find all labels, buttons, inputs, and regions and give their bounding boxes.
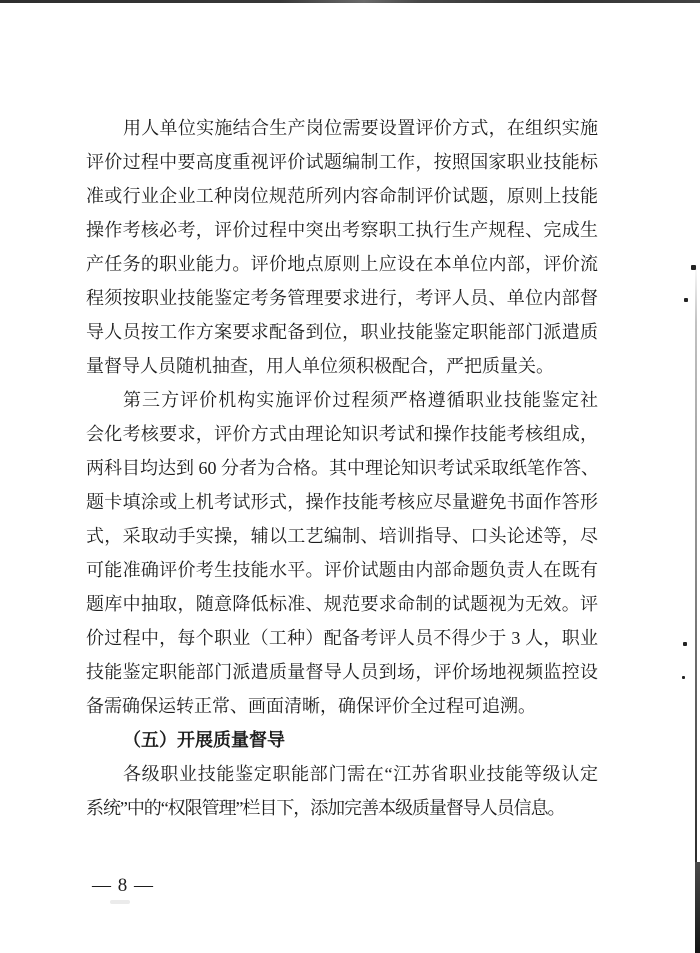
scan-artifact-speck — [682, 676, 685, 679]
text-line: 题卡填涂或上机考试形式，操作技能考核应尽量避免书面作答形 — [86, 485, 598, 519]
text-line: 两科目均达到 60 分者为合格。其中理论知识考试采取纸笔作答、 — [86, 451, 598, 485]
text-line: 程须按职业技能鉴定考务管理要求进行，考评人员、单位内部督 — [86, 281, 598, 315]
text-line: 准或行业企业工种岗位规范所列内容命制评价试题，原则上技能 — [86, 179, 598, 213]
text-line: 备需确保运转正常、画面清晰，确保评价全过程可追溯。 — [86, 689, 598, 723]
text-line: 量督导人员随机抽查，用人单位须积极配合，严把质量关。 — [86, 349, 598, 383]
text-line: 操作考核必考，评价过程中突出考察职工执行生产规程、完成生 — [86, 213, 598, 247]
text-line: 可能准确评价考生技能水平。评价试题由内部命题负责人在既有 — [86, 553, 598, 587]
text-line: 价过程中，每个职业（工种）配备考评人员不得少于 3 人，职业 — [86, 621, 598, 655]
page-number: — 8 — — [92, 874, 154, 898]
text-line: 式，采取动手实操，辅以工艺编制、培训指导、口头论述等，尽 — [86, 519, 598, 553]
text-block: 用人单位实施结合生产岗位需要设置评价方式，在组织实施评价过程中要高度重视评价试题… — [86, 111, 598, 825]
text-line: 技能鉴定职能部门派遣质量督导人员到场，评价场地视频监控设 — [86, 655, 598, 689]
text-line: 题库中抽取，随意降低标准、规范要求命制的试题视为无效。评 — [86, 587, 598, 621]
scan-edge-right-bottom — [695, 862, 700, 953]
text-line: 用人单位实施结合生产岗位需要设置评价方式，在组织实施 — [86, 111, 598, 145]
scan-artifact-speck — [684, 298, 688, 302]
scan-artifact-speck — [691, 265, 696, 270]
text-line: 产任务的职业能力。评价地点原则上应设在本单位内部，评价流 — [86, 247, 598, 281]
scan-edge-top — [0, 0, 700, 3]
text-line: 各级职业技能鉴定职能部门需在“江苏省职业技能等级认定 — [86, 757, 598, 791]
text-line: 第三方评价机构实施评价过程须严格遵循职业技能鉴定社 — [86, 383, 598, 417]
scan-artifact-speck — [683, 642, 687, 646]
text-line: 评价过程中要高度重视评价试题编制工作，按照国家职业技能标 — [86, 145, 598, 179]
section-heading: （五）开展质量督导 — [86, 723, 598, 757]
text-line: 会化考核要求，评价方式由理论知识考试和操作技能考核组成， — [86, 417, 598, 451]
text-line: 系统”中的“权限管理”栏目下，添加完善本级质量督导人员信息。 — [86, 791, 598, 825]
scan-smudge — [110, 900, 130, 904]
text-line: 导人员按工作方案要求配备到位，职业技能鉴定职能部门派遣质 — [86, 315, 598, 349]
document-page: 用人单位实施结合生产岗位需要设置评价方式，在组织实施评价过程中要高度重视评价试题… — [0, 0, 700, 953]
scan-edge-right — [695, 262, 697, 864]
